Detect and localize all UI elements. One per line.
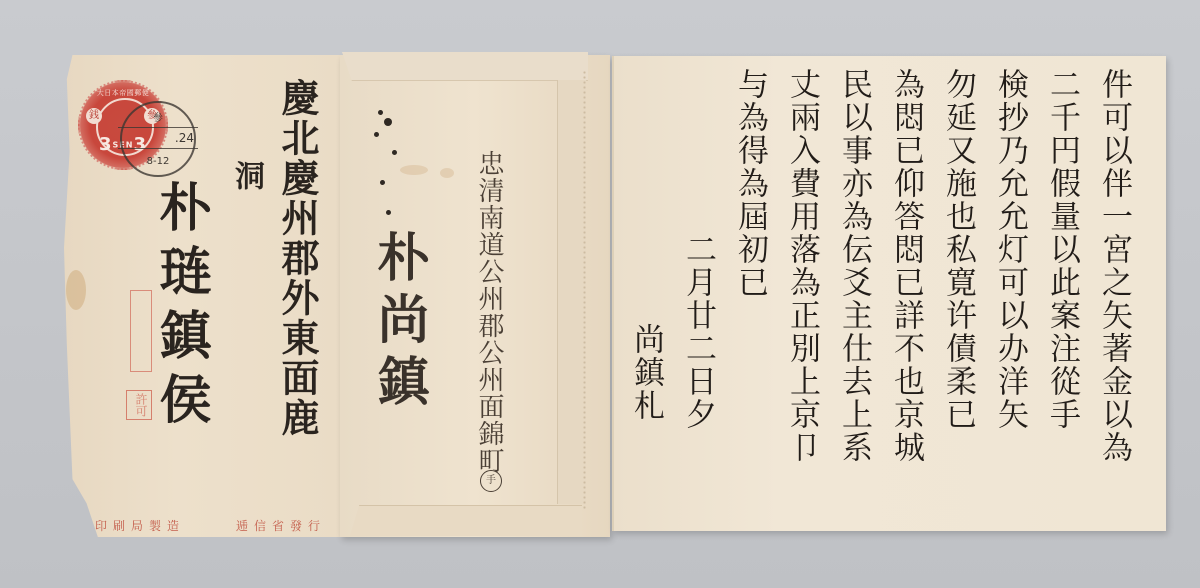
postmark-date: .24 xyxy=(118,127,198,149)
letter-column: 丈兩入費用落為正別上京卩 xyxy=(776,68,828,508)
letter-body: 件可以伴一宮之矢著金以為 二千円假量以此案注從手 検抄乃允允灯可以办洋矢 勿延又… xyxy=(640,68,1140,508)
printer-note-text: 印刷局製造 xyxy=(95,519,185,533)
letter-column: 民以事亦為伝爻主仕去上系 xyxy=(828,68,880,508)
sender-mark: 手 xyxy=(480,470,502,492)
letter-column: 二千円假量以此案注從手 xyxy=(1036,68,1088,508)
postmark-time: 8-12 xyxy=(122,156,194,167)
issuer-note: 逓信省發行 xyxy=(236,517,326,534)
stamp-left-char: 銭 xyxy=(86,108,102,124)
seal-outline xyxy=(130,290,152,372)
side-strip xyxy=(557,80,586,504)
stamp-value-number: 3 xyxy=(99,134,113,155)
printer-note: 印刷局製造 xyxy=(95,517,185,534)
stamp-top-text: 大日本帝國郵便 xyxy=(94,88,152,98)
tear-mark xyxy=(66,270,86,310)
recipient-address: 慶北慶州郡外東面鹿 xyxy=(275,78,319,438)
letter-column: 検抄乃允允灯可以办洋矢 xyxy=(984,68,1036,508)
smudged-ink xyxy=(370,110,410,230)
letter-column: 為悶已仰答悶已詳不也京城 xyxy=(880,68,932,508)
recipient-address-cont: 洞 xyxy=(228,160,264,190)
letter-date: 二月廿二日夕 xyxy=(672,68,724,508)
sender-address: 忠清南道公州郡公州面錦町 xyxy=(474,150,504,474)
perforation-line xyxy=(583,70,586,510)
sender-name: 朴尚鎮 xyxy=(368,230,428,416)
permit-seal: 許可 xyxy=(126,390,152,420)
issuer-note-text: 逓信省發行 xyxy=(236,519,326,533)
letter-column: 与為得為屆初已 xyxy=(724,68,776,508)
postmark-top: 參 xyxy=(122,109,194,124)
letter-signature: 尚鎮札 xyxy=(620,68,672,508)
postmark: 參 .24 8-12 xyxy=(120,101,196,177)
letter-column: 件可以伴一宮之矢著金以為 xyxy=(1088,68,1140,508)
bottom-flap xyxy=(350,505,582,536)
letter-column: 勿延又施也私寛许債柔已 xyxy=(932,68,984,508)
recipient-name: 朴琏鎮侯 xyxy=(150,180,210,436)
stain xyxy=(440,168,454,178)
top-flap xyxy=(342,52,588,81)
